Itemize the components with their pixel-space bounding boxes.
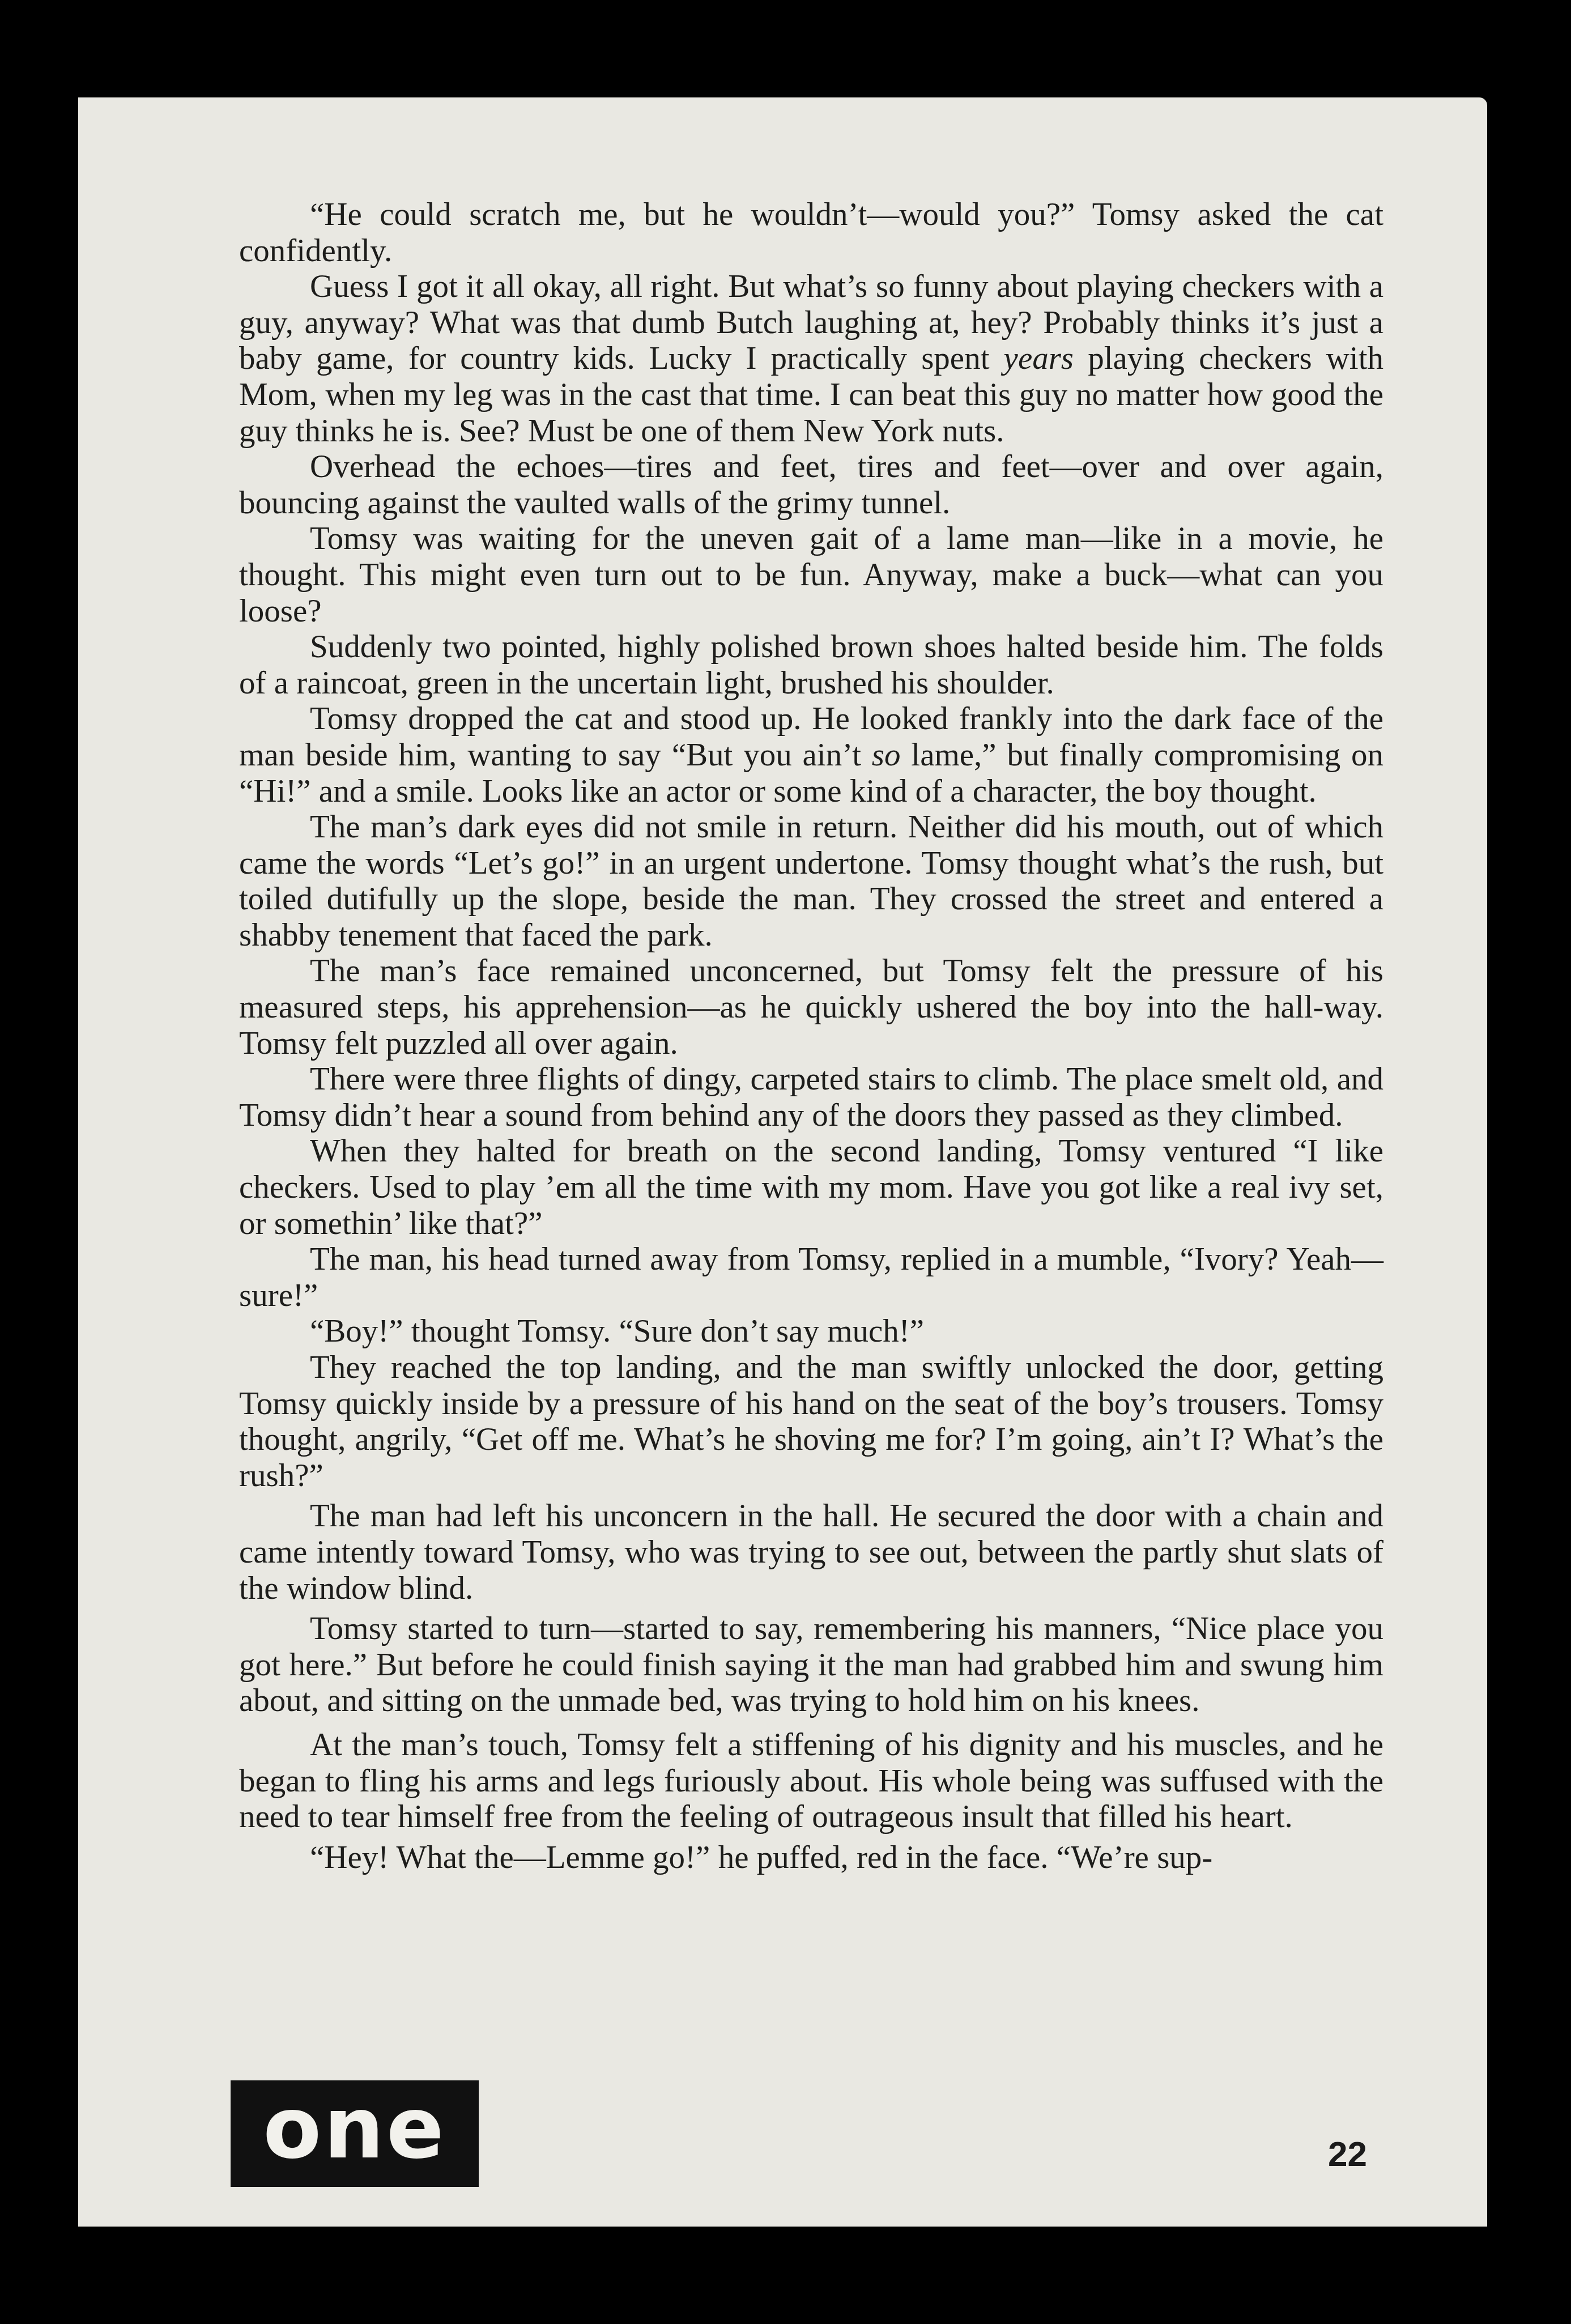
logo-text: one [263, 2086, 446, 2171]
paragraph-12: “Boy!” thought Tomsy. “Sure don’t say mu… [239, 1313, 1383, 1350]
paragraph-17: “Hey! What the—Lemme go!” he puffed, red… [239, 1840, 1383, 1876]
paragraph-10: When they halted for breath on the secon… [239, 1133, 1383, 1241]
paragraph-9: There were three flights of dingy, carpe… [239, 1061, 1383, 1133]
magazine-page: “He could scratch me, but he wouldn’t—wo… [78, 97, 1487, 2227]
paragraph-7: The man’s dark eyes did not smile in ret… [239, 809, 1383, 953]
paragraph-4: Tomsy was waiting for the uneven gait of… [239, 521, 1383, 629]
paragraph-15: Tomsy started to turn—started to say, re… [239, 1611, 1383, 1719]
paragraph-2-emphasis: years [1004, 340, 1074, 376]
page-number: 22 [1328, 2137, 1367, 2172]
paragraph-2: Guess I got it all okay, all right. But … [239, 269, 1383, 449]
paragraph-8: The man’s face remained unconcerned, but… [239, 953, 1383, 1061]
paragraph-16: At the man’s touch, Tomsy felt a stiffen… [239, 1727, 1383, 1835]
paragraph-14: The man had left his unconcern in the ha… [239, 1498, 1383, 1606]
paragraph-5: Suddenly two pointed, highly polished br… [239, 629, 1383, 701]
one-magazine-logo: one [231, 2080, 479, 2187]
paragraph-1: “He could scratch me, but he wouldn’t—wo… [239, 197, 1383, 269]
paragraph-11: The man, his head turned away from Tomsy… [239, 1241, 1383, 1313]
story-text-column: “He could scratch me, but he wouldn’t—wo… [239, 197, 1383, 1875]
paragraph-6-emphasis: so [872, 737, 901, 773]
paragraph-6: Tomsy dropped the cat and stood up. He l… [239, 701, 1383, 809]
paragraph-13: They reached the top landing, and the ma… [239, 1350, 1383, 1493]
paragraph-3: Overhead the echoes—tires and feet, tire… [239, 449, 1383, 521]
